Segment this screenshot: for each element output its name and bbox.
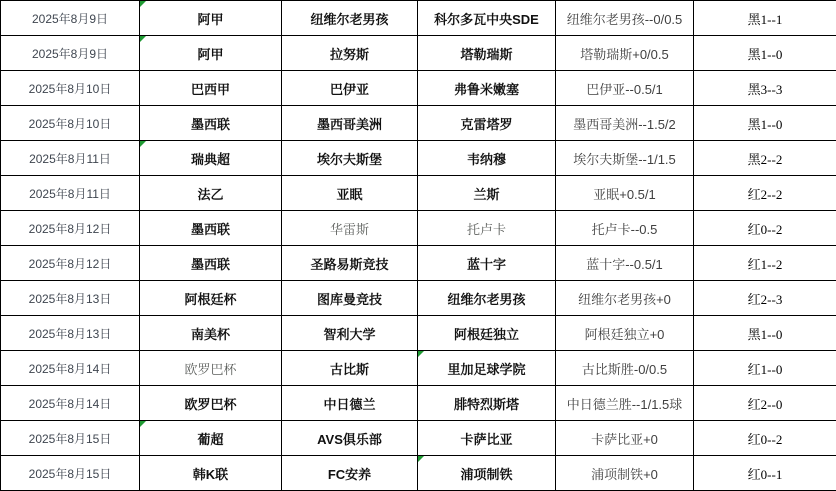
cell-result[interactable]: 黑1--0 — [694, 316, 836, 351]
cell-league[interactable]: 阿甲 — [140, 1, 282, 36]
cell-recommendation[interactable]: 塔勒瑞斯+0/0.5 — [556, 36, 694, 71]
cell-date[interactable]: 2025年8月11日 — [1, 176, 140, 211]
cell-date[interactable]: 2025年8月10日 — [1, 71, 140, 106]
table-row: 2025年8月14日 欧罗巴杯 中日德兰 腓特烈斯塔 中日德兰胜--1/1.5球… — [1, 386, 836, 421]
home-team-text: 圣路易斯竞技 — [310, 257, 388, 272]
cell-result[interactable]: 黑3--3 — [694, 71, 836, 106]
cell-home-team[interactable]: AVS俱乐部 — [282, 421, 418, 456]
cell-away-team[interactable]: 弗鲁米嫩塞 — [418, 71, 556, 106]
home-team-text: 华雷斯 — [330, 222, 369, 237]
cell-result[interactable]: 红2--3 — [694, 281, 836, 316]
result-text: 黑3--3 — [748, 82, 783, 97]
date-text: 2025年8月11日 — [29, 152, 111, 166]
away-team-text: 蓝十字 — [467, 257, 506, 272]
cell-away-team[interactable]: 浦项制铁 — [418, 456, 556, 491]
cell-date[interactable]: 2025年8月9日 — [1, 1, 140, 36]
cell-league[interactable]: 墨西联 — [140, 211, 282, 246]
league-text: 墨西联 — [191, 117, 230, 132]
date-text: 2025年8月12日 — [29, 222, 112, 236]
cell-league[interactable]: 巴西甲 — [140, 71, 282, 106]
league-text: 墨西联 — [191, 257, 230, 272]
result-text: 黑1--0 — [748, 327, 783, 342]
recommendation-text: 纽维尔老男孩+0 — [578, 292, 671, 307]
cell-date[interactable]: 2025年8月15日 — [1, 421, 140, 456]
recommendation-text: 埃尔夫斯堡--1/1.5 — [573, 152, 676, 167]
cell-result[interactable]: 红0--2 — [694, 421, 836, 456]
table-row: 2025年8月12日 墨西联 圣路易斯竞技 蓝十字 蓝十字--0.5/1 红1-… — [1, 246, 836, 281]
date-text: 2025年8月10日 — [29, 117, 112, 131]
cell-league[interactable]: 瑞典超 — [140, 141, 282, 176]
recommendation-text: 托卢卡--0.5 — [592, 222, 658, 237]
cell-recommendation[interactable]: 蓝十字--0.5/1 — [556, 246, 694, 281]
result-text: 红1--2 — [748, 257, 783, 272]
table-row: 2025年8月10日 墨西联 墨西哥美洲 克雷塔罗 墨西哥美洲--1.5/2 黑… — [1, 106, 836, 141]
league-text: 墨西联 — [191, 222, 230, 237]
table-row: 2025年8月12日 墨西联 华雷斯 托卢卡 托卢卡--0.5 红0--2 — [1, 211, 836, 246]
cell-result[interactable]: 红1--2 — [694, 246, 836, 281]
away-team-text: 腓特烈斯塔 — [454, 397, 519, 412]
away-team-text: 兰斯 — [473, 187, 499, 202]
date-text: 2025年8月13日 — [29, 327, 112, 341]
table-row: 2025年8月11日 法乙 亚眠 兰斯 亚眠+0.5/1 红2--2 — [1, 176, 836, 211]
cell-recommendation[interactable]: 巴伊亚--0.5/1 — [556, 71, 694, 106]
cell-away-team[interactable]: 阿根廷独立 — [418, 316, 556, 351]
recommendation-text: 阿根廷独立+0 — [585, 327, 665, 342]
result-text: 黑1--1 — [748, 12, 783, 27]
cell-result[interactable]: 红2--2 — [694, 176, 836, 211]
date-text: 2025年8月15日 — [29, 467, 112, 481]
league-text: 法乙 — [197, 187, 223, 202]
cell-result[interactable]: 红0--1 — [694, 456, 836, 491]
cell-recommendation[interactable]: 纽维尔老男孩+0 — [556, 281, 694, 316]
away-team-text: 纽维尔老男孩 — [447, 292, 525, 307]
result-text: 黑2--2 — [748, 152, 783, 167]
result-text: 红2--2 — [748, 187, 783, 202]
recommendation-text: 塔勒瑞斯+0/0.5 — [580, 47, 669, 62]
table-row: 2025年8月10日 巴西甲 巴伊亚 弗鲁米嫩塞 巴伊亚--0.5/1 黑3--… — [1, 71, 836, 106]
cell-recommendation[interactable]: 古比斯胜-0/0.5 — [556, 351, 694, 386]
error-indicator-icon — [140, 1, 146, 7]
away-team-text: 克雷塔罗 — [460, 117, 512, 132]
cell-league[interactable]: 阿甲 — [140, 36, 282, 71]
result-text: 红2--3 — [748, 292, 783, 307]
home-team-text: 图库曼竞技 — [317, 292, 382, 307]
cell-recommendation[interactable]: 中日德兰胜--1/1.5球 — [556, 386, 694, 421]
cell-date[interactable]: 2025年8月14日 — [1, 351, 140, 386]
result-text: 红2--0 — [748, 397, 783, 412]
cell-home-team[interactable]: 华雷斯 — [282, 211, 418, 246]
cell-away-team[interactable]: 蓝十字 — [418, 246, 556, 281]
date-text: 2025年8月14日 — [29, 397, 112, 411]
error-indicator-icon — [140, 141, 146, 147]
cell-league[interactable]: 欧罗巴杯 — [140, 351, 282, 386]
table-row: 2025年8月14日 欧罗巴杯 古比斯 里加足球学院 古比斯胜-0/0.5 红1… — [1, 351, 836, 386]
date-text: 2025年8月12日 — [29, 257, 112, 271]
cell-home-team[interactable]: 墨西哥美洲 — [282, 106, 418, 141]
recommendation-text: 巴伊亚--0.5/1 — [586, 82, 663, 97]
cell-home-team[interactable]: 智利大学 — [282, 316, 418, 351]
cell-date[interactable]: 2025年8月11日 — [1, 141, 140, 176]
cell-result[interactable]: 黑1--0 — [694, 36, 836, 71]
league-text: 阿甲 — [197, 12, 223, 27]
cell-league[interactable]: 葡超 — [140, 421, 282, 456]
home-team-text: 亚眠 — [336, 187, 362, 202]
recommendation-text: 古比斯胜-0/0.5 — [582, 362, 667, 377]
cell-home-team[interactable]: 巴伊亚 — [282, 71, 418, 106]
recommendation-text: 亚眠+0.5/1 — [593, 187, 656, 202]
away-team-text: 卡萨比亚 — [460, 432, 512, 447]
league-text: 欧罗巴杯 — [184, 362, 236, 377]
cell-away-team[interactable]: 克雷塔罗 — [418, 106, 556, 141]
result-text: 红0--2 — [748, 222, 783, 237]
cell-away-team[interactable]: 科尔多瓦中央SDE — [418, 1, 556, 36]
league-text: 巴西甲 — [191, 82, 230, 97]
cell-result[interactable]: 红1--0 — [694, 351, 836, 386]
recommendation-text: 墨西哥美洲--1.5/2 — [573, 117, 676, 132]
home-team-text: 纽维尔老男孩 — [310, 12, 388, 27]
date-text: 2025年8月14日 — [29, 362, 112, 376]
league-text: 阿甲 — [197, 47, 223, 62]
league-text: 韩K联 — [193, 467, 228, 482]
cell-result[interactable]: 红0--2 — [694, 211, 836, 246]
league-text: 欧罗巴杯 — [184, 397, 236, 412]
table-body: 2025年8月9日 阿甲 纽维尔老男孩 科尔多瓦中央SDE 纽维尔老男孩--0/… — [1, 1, 836, 491]
recommendation-text: 蓝十字--0.5/1 — [586, 257, 663, 272]
cell-league[interactable]: 法乙 — [140, 176, 282, 211]
cell-away-team[interactable]: 塔勒瑞斯 — [418, 36, 556, 71]
result-text: 红0--2 — [748, 432, 783, 447]
cell-league[interactable]: 南美杯 — [140, 316, 282, 351]
table-row: 2025年8月15日 韩K联 FC安养 浦项制铁 浦项制铁+0 红0--1 — [1, 456, 836, 491]
cell-home-team[interactable]: 拉努斯 — [282, 36, 418, 71]
table-row: 2025年8月9日 阿甲 拉努斯 塔勒瑞斯 塔勒瑞斯+0/0.5 黑1--0 — [1, 36, 836, 71]
cell-date[interactable]: 2025年8月12日 — [1, 211, 140, 246]
away-team-text: 里加足球学院 — [447, 362, 525, 377]
cell-away-team[interactable]: 里加足球学院 — [418, 351, 556, 386]
away-team-text: 浦项制铁 — [460, 467, 512, 482]
cell-away-team[interactable]: 兰斯 — [418, 176, 556, 211]
date-text: 2025年8月10日 — [29, 82, 112, 96]
table-row: 2025年8月15日 葡超 AVS俱乐部 卡萨比亚 卡萨比亚+0 红0--2 — [1, 421, 836, 456]
cell-date[interactable]: 2025年8月10日 — [1, 106, 140, 141]
away-team-text: 阿根廷独立 — [454, 327, 519, 342]
league-text: 瑞典超 — [191, 152, 230, 167]
cell-recommendation[interactable]: 亚眠+0.5/1 — [556, 176, 694, 211]
home-team-text: 中日德兰 — [323, 397, 375, 412]
recommendation-text: 浦项制铁+0 — [591, 467, 658, 482]
result-text: 黑1--0 — [748, 47, 783, 62]
recommendation-text: 中日德兰胜--1/1.5球 — [567, 397, 683, 412]
league-text: 葡超 — [197, 432, 223, 447]
home-team-text: 拉努斯 — [330, 47, 369, 62]
cell-recommendation[interactable]: 托卢卡--0.5 — [556, 211, 694, 246]
error-indicator-icon — [418, 456, 424, 462]
away-team-text: 弗鲁米嫩塞 — [454, 82, 519, 97]
cell-recommendation[interactable]: 墨西哥美洲--1.5/2 — [556, 106, 694, 141]
date-text: 2025年8月9日 — [32, 12, 108, 26]
cell-home-team[interactable]: 埃尔夫斯堡 — [282, 141, 418, 176]
cell-recommendation[interactable]: 纽维尔老男孩--0/0.5 — [556, 1, 694, 36]
home-team-text: 智利大学 — [323, 327, 375, 342]
cell-result[interactable]: 黑1--0 — [694, 106, 836, 141]
cell-home-team[interactable]: 亚眠 — [282, 176, 418, 211]
away-team-text: 托卢卡 — [467, 222, 506, 237]
home-team-text: 古比斯 — [330, 362, 369, 377]
cell-league[interactable]: 韩K联 — [140, 456, 282, 491]
cell-league[interactable]: 欧罗巴杯 — [140, 386, 282, 421]
table-row: 2025年8月9日 阿甲 纽维尔老男孩 科尔多瓦中央SDE 纽维尔老男孩--0/… — [1, 1, 836, 36]
cell-date[interactable]: 2025年8月13日 — [1, 281, 140, 316]
cell-league[interactable]: 墨西联 — [140, 106, 282, 141]
cell-recommendation[interactable]: 埃尔夫斯堡--1/1.5 — [556, 141, 694, 176]
error-indicator-icon — [140, 36, 146, 42]
cell-result[interactable]: 黑1--1 — [694, 1, 836, 36]
cell-league[interactable]: 阿根廷杯 — [140, 281, 282, 316]
cell-league[interactable]: 墨西联 — [140, 246, 282, 281]
result-text: 黑1--0 — [748, 117, 783, 132]
away-team-text: 塔勒瑞斯 — [460, 47, 512, 62]
cell-home-team[interactable]: 中日德兰 — [282, 386, 418, 421]
result-text: 红1--0 — [748, 362, 783, 377]
cell-away-team[interactable]: 腓特烈斯塔 — [418, 386, 556, 421]
error-indicator-icon — [418, 351, 424, 357]
cell-home-team[interactable]: FC安养 — [282, 456, 418, 491]
away-team-text: 科尔多瓦中央SDE — [434, 12, 539, 27]
home-team-text: 墨西哥美洲 — [317, 117, 382, 132]
cell-result[interactable]: 红2--0 — [694, 386, 836, 421]
home-team-text: FC安养 — [328, 467, 371, 482]
table-row: 2025年8月13日 阿根廷杯 图库曼竞技 纽维尔老男孩 纽维尔老男孩+0 红2… — [1, 281, 836, 316]
date-text: 2025年8月13日 — [29, 292, 112, 306]
league-text: 阿根廷杯 — [184, 292, 236, 307]
cell-date[interactable]: 2025年8月9日 — [1, 36, 140, 71]
cell-recommendation[interactable]: 阿根廷独立+0 — [556, 316, 694, 351]
cell-result[interactable]: 黑2--2 — [694, 141, 836, 176]
cell-date[interactable]: 2025年8月13日 — [1, 316, 140, 351]
home-team-text: AVS俱乐部 — [317, 432, 382, 447]
cell-away-team[interactable]: 托卢卡 — [418, 211, 556, 246]
home-team-text: 巴伊亚 — [330, 82, 369, 97]
match-results-table: 2025年8月9日 阿甲 纽维尔老男孩 科尔多瓦中央SDE 纽维尔老男孩--0/… — [0, 0, 836, 491]
date-text: 2025年8月15日 — [29, 432, 112, 446]
cell-date[interactable]: 2025年8月12日 — [1, 246, 140, 281]
home-team-text: 埃尔夫斯堡 — [317, 152, 382, 167]
cell-date[interactable]: 2025年8月14日 — [1, 386, 140, 421]
result-text: 红0--1 — [748, 467, 783, 482]
recommendation-text: 纽维尔老男孩--0/0.5 — [567, 12, 683, 27]
cell-date[interactable]: 2025年8月15日 — [1, 456, 140, 491]
cell-home-team[interactable]: 古比斯 — [282, 351, 418, 386]
cell-home-team[interactable]: 纽维尔老男孩 — [282, 1, 418, 36]
cell-away-team[interactable]: 卡萨比亚 — [418, 421, 556, 456]
date-text: 2025年8月11日 — [29, 187, 111, 201]
table-row: 2025年8月11日 瑞典超 埃尔夫斯堡 韦纳穆 埃尔夫斯堡--1/1.5 黑2… — [1, 141, 836, 176]
league-text: 南美杯 — [191, 327, 230, 342]
recommendation-text: 卡萨比亚+0 — [591, 432, 658, 447]
table-row: 2025年8月13日 南美杯 智利大学 阿根廷独立 阿根廷独立+0 黑1--0 — [1, 316, 836, 351]
cell-recommendation[interactable]: 卡萨比亚+0 — [556, 421, 694, 456]
cell-home-team[interactable]: 图库曼竞技 — [282, 281, 418, 316]
error-indicator-icon — [140, 421, 146, 427]
date-text: 2025年8月9日 — [32, 47, 108, 61]
away-team-text: 韦纳穆 — [467, 152, 506, 167]
cell-recommendation[interactable]: 浦项制铁+0 — [556, 456, 694, 491]
cell-away-team[interactable]: 韦纳穆 — [418, 141, 556, 176]
cell-away-team[interactable]: 纽维尔老男孩 — [418, 281, 556, 316]
cell-home-team[interactable]: 圣路易斯竞技 — [282, 246, 418, 281]
